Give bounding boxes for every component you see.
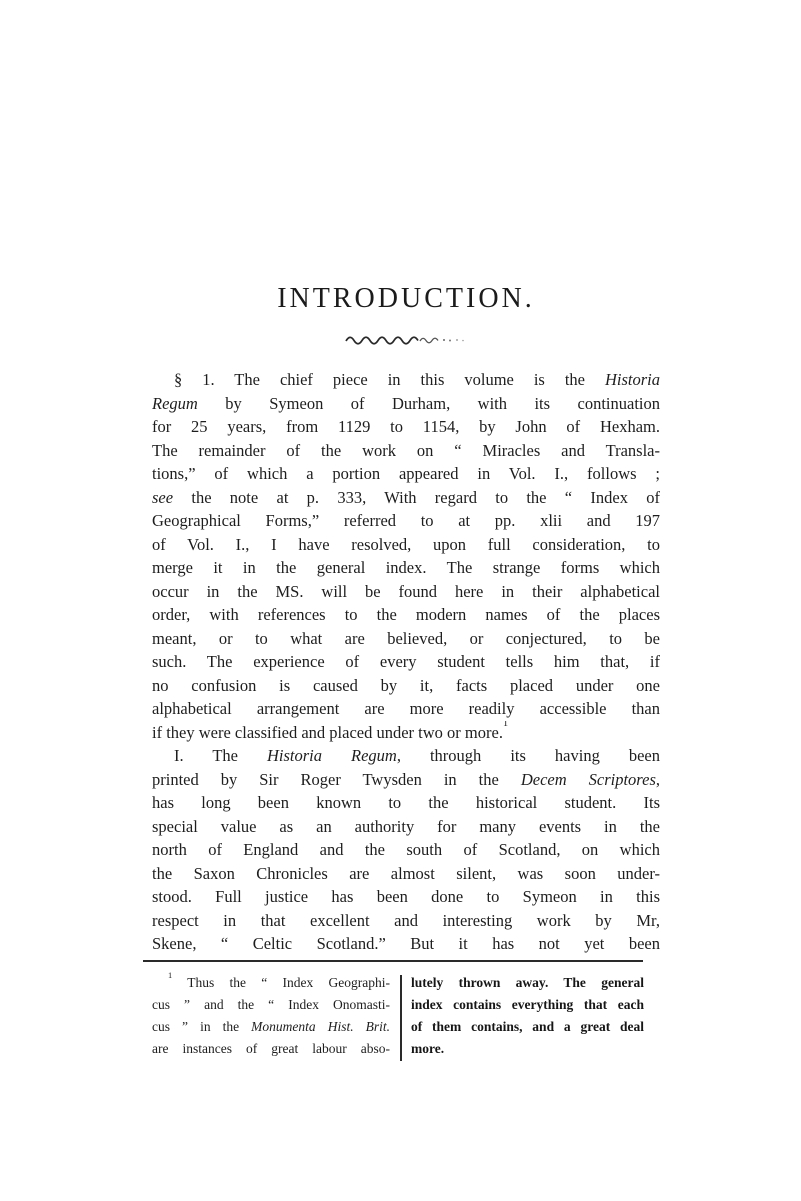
text-line: Regum by Symeon of Durham, with its cont…: [152, 392, 660, 416]
text-segment: ,: [656, 770, 660, 789]
text-segment: the Saxon Chronicles are almost silent, …: [152, 864, 660, 883]
text-segment: the note at p. 333, With regard to the “…: [173, 488, 660, 507]
text-segment: more.: [411, 1041, 444, 1056]
italic-text-segment: Regum: [152, 394, 198, 413]
text-segment: of Vol. I., I have resolved, upon full c…: [152, 535, 660, 554]
text-line: The remainder of the work on “ Miracles …: [152, 439, 660, 463]
text-line: stood. Full justice has been done to Sym…: [152, 885, 660, 909]
italic-text-segment: see: [152, 488, 173, 507]
page-title: INTRODUCTION.: [152, 283, 660, 315]
text-line: if they were classified and placed under…: [152, 721, 660, 745]
text-line: are instances of great labour abso-: [152, 1038, 390, 1060]
squiggle-ornament: [344, 334, 469, 346]
text-line: no confusion is caused by it, facts plac…: [152, 674, 660, 698]
text-segment: , through its having been: [397, 746, 660, 765]
footnote-right-column: lutely thrown away. The generalindex con…: [411, 972, 644, 1060]
text-segment: printed by Sir Roger Twysden in the: [152, 770, 521, 789]
text-line: meant, or to what are believed, or conje…: [152, 627, 660, 651]
footnote-ref: 1: [168, 972, 172, 980]
text-segment: I. The: [174, 746, 267, 765]
italic-text-segment: Monumenta Hist. Brit.: [251, 1019, 390, 1034]
text-segment: by Symeon of Durham, with its continuati…: [198, 394, 660, 413]
italic-text-segment: Historia Regum: [267, 746, 397, 765]
text-segment: stood. Full justice has been done to Sym…: [152, 887, 660, 906]
text-line: for 25 years, from 1129 to 1154, by John…: [152, 415, 660, 439]
text-line: tions,” of which a portion appeared in V…: [152, 462, 660, 486]
text-segment: respect in that excellent and interestin…: [152, 911, 660, 930]
text-segment: special value as an authority for many e…: [152, 817, 660, 836]
text-segment: index contains everything that each: [411, 997, 644, 1012]
text-segment: such. The experience of every student te…: [152, 652, 660, 671]
text-segment: tions,” of which a portion appeared in V…: [152, 464, 660, 483]
text-line: special value as an authority for many e…: [152, 815, 660, 839]
italic-text-segment: Decem Scriptores: [521, 770, 656, 789]
text-line: of them contains, and a great deal: [411, 1016, 644, 1038]
italic-text-segment: Historia: [605, 370, 660, 389]
text-segment: § 1. The chief piece in this volume is t…: [174, 370, 605, 389]
text-line: order, with references to the modern nam…: [152, 603, 660, 627]
text-line: has long been known to the historical st…: [152, 791, 660, 815]
footnote-rule: [143, 960, 643, 962]
text-line: such. The experience of every student te…: [152, 650, 660, 674]
text-line: merge it in the general index. The stran…: [152, 556, 660, 580]
text-segment: for 25 years, from 1129 to 1154, by John…: [152, 417, 660, 436]
text-segment: Skene, “ Celtic Scotland.” But it has no…: [152, 934, 660, 953]
text-segment: meant, or to what are believed, or conje…: [152, 629, 660, 648]
text-segment: no confusion is caused by it, facts plac…: [152, 676, 660, 695]
body-text: § 1. The chief piece in this volume is t…: [152, 368, 660, 956]
text-segment: of them contains, and a great deal: [411, 1019, 644, 1034]
text-line: printed by Sir Roger Twysden in the Dece…: [152, 768, 660, 792]
text-segment: occur in the MS. will be found here in t…: [152, 582, 660, 601]
text-line: see the note at p. 333, With regard to t…: [152, 486, 660, 510]
text-line: 1 Thus the “ Index Geographi-: [152, 972, 390, 994]
footnote-column-divider: [400, 975, 402, 1061]
text-line: I. The Historia Regum, through its havin…: [152, 744, 660, 768]
text-line: alphabetical arrangement are more readil…: [152, 697, 660, 721]
text-line: cus ” and the “ Index Onomasti-: [152, 994, 390, 1016]
text-line: of Vol. I., I have resolved, upon full c…: [152, 533, 660, 557]
text-segment: order, with references to the modern nam…: [152, 605, 660, 624]
text-line: occur in the MS. will be found here in t…: [152, 580, 660, 604]
text-line: respect in that excellent and interestin…: [152, 909, 660, 933]
text-segment: are instances of great labour abso-: [152, 1041, 390, 1056]
text-line: Geographical Forms,” referred to at pp. …: [152, 509, 660, 533]
text-line: Skene, “ Celtic Scotland.” But it has no…: [152, 932, 660, 956]
text-line: § 1. The chief piece in this volume is t…: [152, 368, 660, 392]
text-segment: has long been known to the historical st…: [152, 793, 660, 812]
text-segment: cus ” in the: [152, 1019, 251, 1034]
footnote-left-column: 1 Thus the “ Index Geographi-cus ” and t…: [152, 972, 390, 1060]
text-segment: if they were classified and placed under…: [152, 723, 503, 742]
text-segment: Geographical Forms,” referred to at pp. …: [152, 511, 660, 530]
text-segment: north of England and the south of Scotla…: [152, 840, 660, 859]
text-line: cus ” in the Monumenta Hist. Brit.: [152, 1016, 390, 1038]
text-line: more.: [411, 1038, 644, 1060]
text-segment: lutely thrown away. The general: [411, 975, 644, 990]
text-segment: alphabetical arrangement are more readil…: [152, 699, 660, 718]
text-line: index contains everything that each: [411, 994, 644, 1016]
text-segment: The remainder of the work on “ Miracles …: [152, 441, 660, 460]
footnote-ref: 1: [503, 721, 508, 730]
text-line: lutely thrown away. The general: [411, 972, 644, 994]
text-segment: merge it in the general index. The stran…: [152, 558, 660, 577]
book-page: INTRODUCTION. § 1. The chief piece in th…: [0, 0, 801, 1201]
text-segment: Thus the “ Index Geographi-: [172, 975, 390, 990]
text-segment: cus ” and the “ Index Onomasti-: [152, 997, 390, 1012]
text-line: north of England and the south of Scotla…: [152, 838, 660, 862]
text-line: the Saxon Chronicles are almost silent, …: [152, 862, 660, 886]
